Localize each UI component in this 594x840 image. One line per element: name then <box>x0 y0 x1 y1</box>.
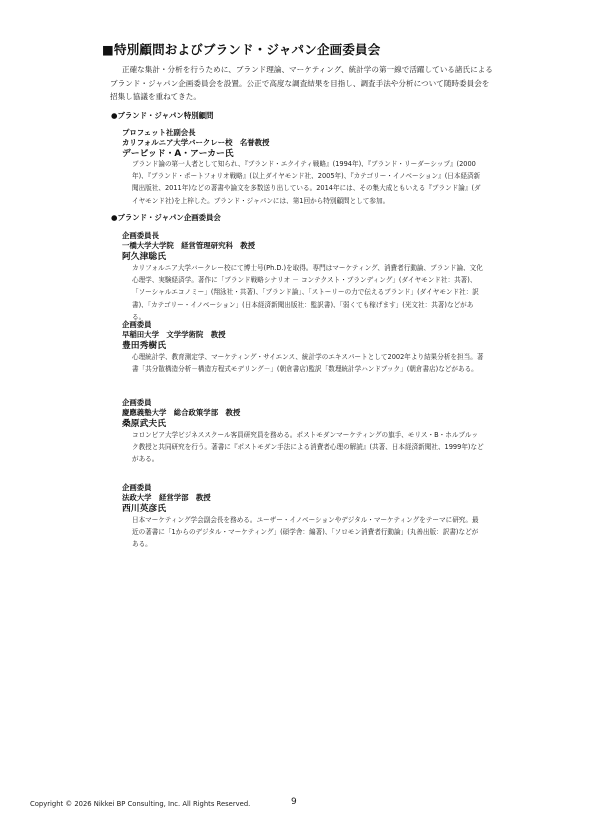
member-role: 企画委員 <box>122 320 225 330</box>
member-aaker: プロフェット社副会長 カリフォルニア大学バークレー校 名誉教授 デービッド・A・… <box>122 128 269 161</box>
member-kuwahara: 企画委員 慶應義塾大学 総合政策学部 教授 桑原武夫氏 <box>122 398 240 431</box>
intro-paragraph: 正確な集計・分析を行うために、ブランド理論、マーケティング、統計学の第一線で活躍… <box>110 63 495 104</box>
member-role: 企画委員 <box>122 398 240 408</box>
member-bio: ブランド論の第一人者として知られ、『ブランド・エクイティ戦略』(1994年)、『… <box>132 158 484 207</box>
member-role: 企画委員長 <box>122 231 255 241</box>
section-title-special-advisor: ●ブランド・ジャパン特別顧問 <box>111 110 213 121</box>
member-affiliation: 法政大学 経営学部 教授 <box>122 493 211 503</box>
member-bio: 日本マーケティング学会副会長を務める。ユーザー・イノベーションやデジタル・マーケ… <box>132 514 484 551</box>
member-role: 企画委員 <box>122 483 211 493</box>
member-toyoda: 企画委員 早稲田大学 文学学術院 教授 豊田秀樹氏 <box>122 320 225 353</box>
section-title-planning-committee: ●ブランド・ジャパン企画委員会 <box>111 212 221 223</box>
member-role: プロフェット社副会長 <box>122 128 269 138</box>
member-nishikawa: 企画委員 法政大学 経営学部 教授 西川英彦氏 <box>122 483 211 516</box>
member-bio: カリフォルニア大学バークレー校にて博士号(Ph.D.)を取得。専門はマーケティン… <box>132 262 484 323</box>
member-akutsu: 企画委員長 一橋大学大学院 経営管理研究科 教授 阿久津聡氏 <box>122 231 255 264</box>
member-affiliation: 早稲田大学 文学学術院 教授 <box>122 330 225 340</box>
page-number: 9 <box>291 797 297 807</box>
member-bio: 心理統計学、教育測定学、マーケティング・サイエンス、統計学のエキスパートとして2… <box>132 351 484 375</box>
member-affiliation: 慶應義塾大学 総合政策学部 教授 <box>122 408 240 418</box>
footer-copyright: Copyright © 2026 Nikkei BP Consulting, I… <box>30 800 250 808</box>
member-bio: コロンビア大学ビジネススクール客員研究員を務める。ポストモダンマーケティングの旗… <box>132 429 484 466</box>
member-affiliation: 一橋大学大学院 経営管理研究科 教授 <box>122 241 255 251</box>
member-affiliation: カリフォルニア大学バークレー校 名誉教授 <box>122 138 269 148</box>
page-title: ■特別顧問およびブランド・ジャパン企画委員会 <box>102 40 380 58</box>
